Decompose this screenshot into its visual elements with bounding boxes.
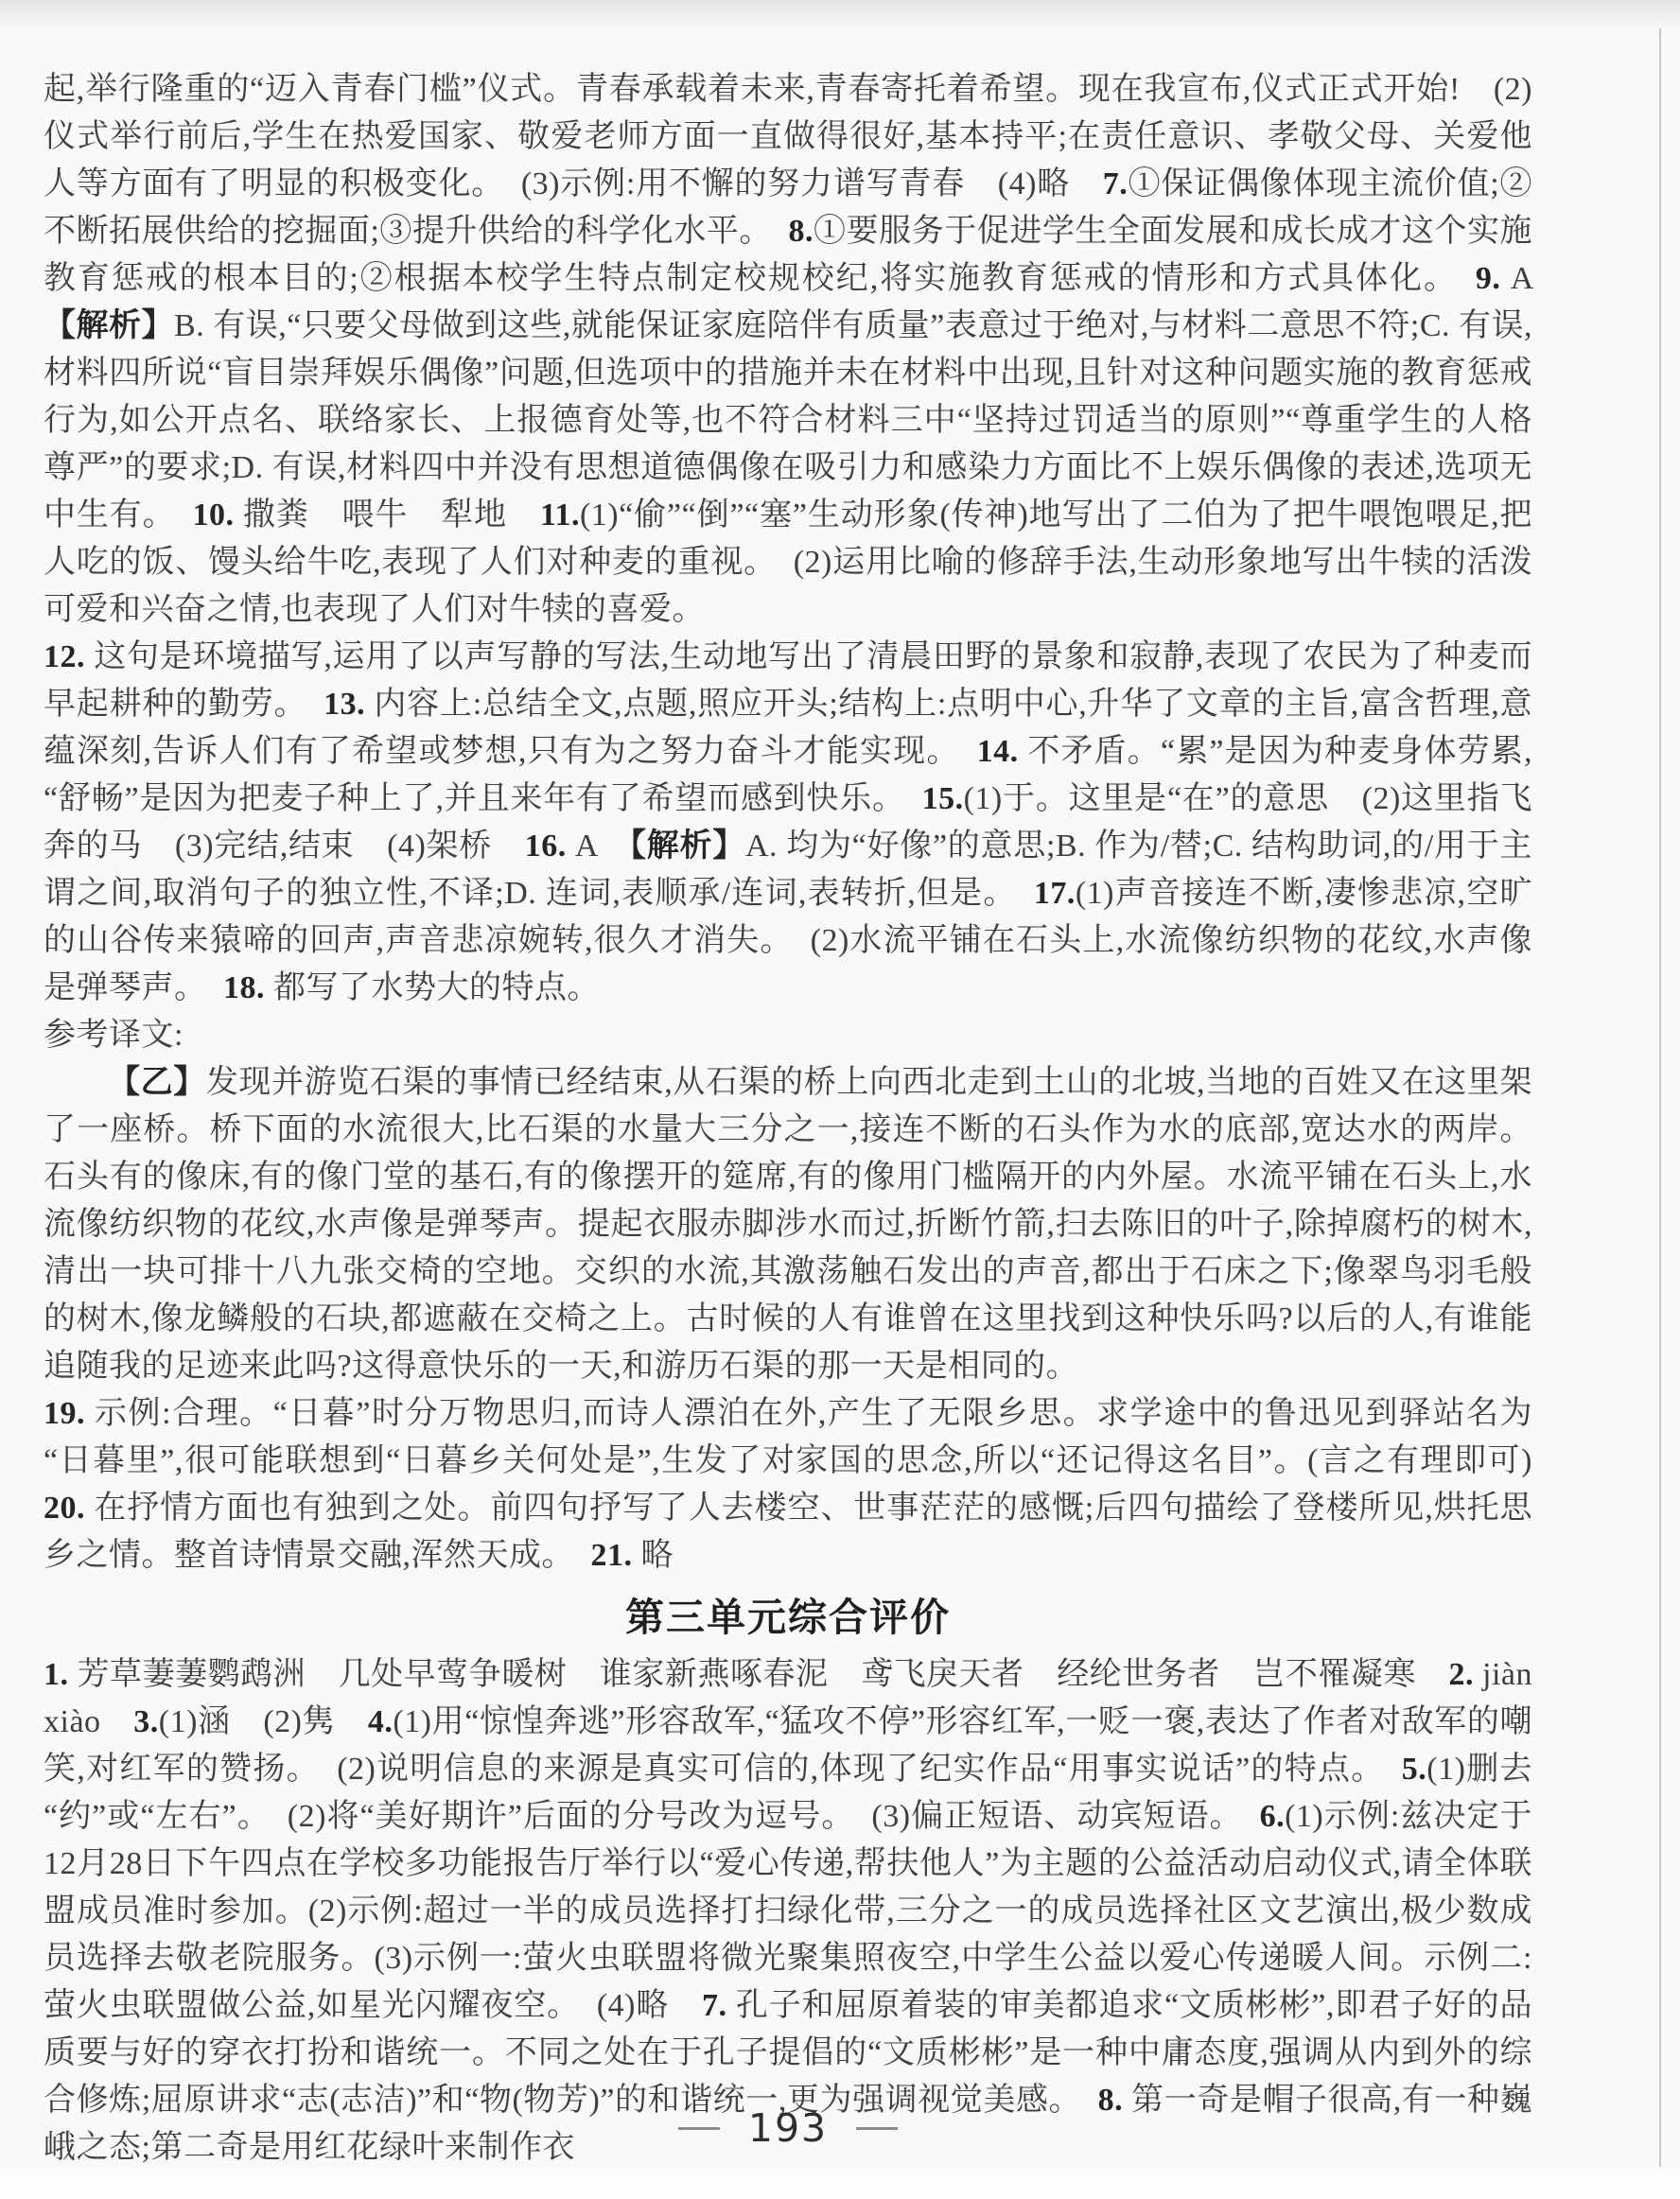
- scan-artifact-bottom-strip: [0, 2167, 1680, 2199]
- footer-dash-left: [678, 2127, 720, 2130]
- page-footer: 193: [44, 2105, 1532, 2151]
- answers-previous-unit-continued: 起,举行隆重的“迈入青春门槛”仪式。青春承载着未来,青春寄托着希望。现在我宣布,…: [44, 66, 1532, 634]
- answer-text: 撒粪 喂牛 犁地: [234, 497, 539, 532]
- answers-19-to-21: 19. 示例:合理。“日暮”时分万物思归,而诗人漂泊在外,产生了无限乡思。求学途…: [44, 1390, 1532, 1579]
- answer-number-bold: 5.: [1402, 1752, 1427, 1787]
- answer-text: 参考译文:: [44, 1018, 184, 1053]
- answer-text: A: [567, 829, 630, 864]
- answer-number-bold: 【解析】: [44, 308, 174, 343]
- answer-number-bold: 12.: [44, 639, 85, 674]
- answer-number-bold: 13.: [324, 687, 365, 722]
- answer-text: 略: [633, 1538, 674, 1573]
- answer-number-bold: 15.: [922, 781, 964, 816]
- answer-number-bold: 3.: [133, 1704, 159, 1739]
- answer-text: 示例:合理。“日暮”时分万物思归,而诗人漂泊在外,产生了无限乡思。求学途中的鲁迅…: [44, 1396, 1565, 1478]
- answer-number-bold: 16.: [525, 829, 567, 864]
- answer-number-bold: 1.: [44, 1657, 69, 1692]
- answer-number-bold: 4.: [368, 1704, 394, 1739]
- answer-number-bold: 10.: [192, 497, 234, 532]
- scan-artifact-right-edge-line: [1659, 28, 1661, 2199]
- answer-number-bold: 9.: [1476, 261, 1501, 296]
- page-number: 193: [748, 2105, 828, 2151]
- answer-number-bold: 8.: [789, 214, 814, 249]
- answer-text: 芳草萋萋鹦鹉洲 几处早莺争暖树 谁家新燕啄春泥 鸢飞戾天者 经纶世务者 岂不罹凝…: [69, 1657, 1449, 1692]
- answer-number-bold: 14.: [977, 734, 1019, 769]
- answer-text: A: [1500, 261, 1565, 296]
- answer-number-bold: 19.: [44, 1396, 85, 1431]
- answer-number-bold: 7.: [702, 1988, 727, 2023]
- reference-translation-label: 参考译文:: [44, 1012, 1532, 1059]
- answer-number-bold: 6.: [1260, 1799, 1286, 1834]
- answers-12-to-18: 12. 这句是环境描写,运用了以声写静的写法,生动地写出了清晨田野的景象和寂静,…: [44, 634, 1532, 1012]
- reference-translation-yi: 【乙】发现并游览石渠的事情已经结束,从石渠的桥上向西北走到土山的北坡,当地的百姓…: [44, 1059, 1532, 1390]
- answer-number-bold: 17.: [1034, 876, 1076, 911]
- scanned-answer-page: 起,举行隆重的“迈入青春门槛”仪式。青春承载着未来,青春寄托着希望。现在我宣布,…: [0, 0, 1680, 2199]
- answer-number-bold: 11.: [540, 497, 580, 532]
- answers-content: 起,举行隆重的“迈入青春门槛”仪式。青春承载着未来,青春寄托着希望。现在我宣布,…: [44, 66, 1532, 2172]
- footer-dash-right: [856, 2127, 898, 2130]
- answer-text: 发现并游览石渠的事情已经结束,从石渠的桥上向西北走到土山的北坡,当地的百姓又在这…: [44, 1065, 1532, 1384]
- answer-number-bold: 【乙】: [108, 1065, 206, 1100]
- answer-number-bold: 【解析】: [630, 829, 745, 864]
- answer-text: (1)涵 (2)隽: [159, 1704, 368, 1739]
- answer-text: 在抒情方面也有独到之处。前四句抒写了人去楼空、世事茫茫的感慨;后四句描绘了登楼所…: [44, 1491, 1532, 1573]
- answer-number-bold: 21.: [591, 1538, 633, 1573]
- answer-number-bold: 7.: [1103, 166, 1129, 201]
- answers-unit3-1-to-8: 1. 芳草萋萋鹦鹉洲 几处早莺争暖树 谁家新燕啄春泥 鸢飞戾天者 经纶世务者 岂…: [44, 1651, 1532, 2172]
- answer-text: 都写了水势大的特点。: [265, 970, 600, 1005]
- answer-number-bold: 18.: [223, 970, 265, 1005]
- section-heading: 第三单元综合评价: [44, 1589, 1532, 1646]
- scan-artifact-top-band: [0, 0, 1680, 34]
- answer-number-bold: 2.: [1449, 1657, 1475, 1692]
- answer-number-bold: 20.: [44, 1491, 85, 1526]
